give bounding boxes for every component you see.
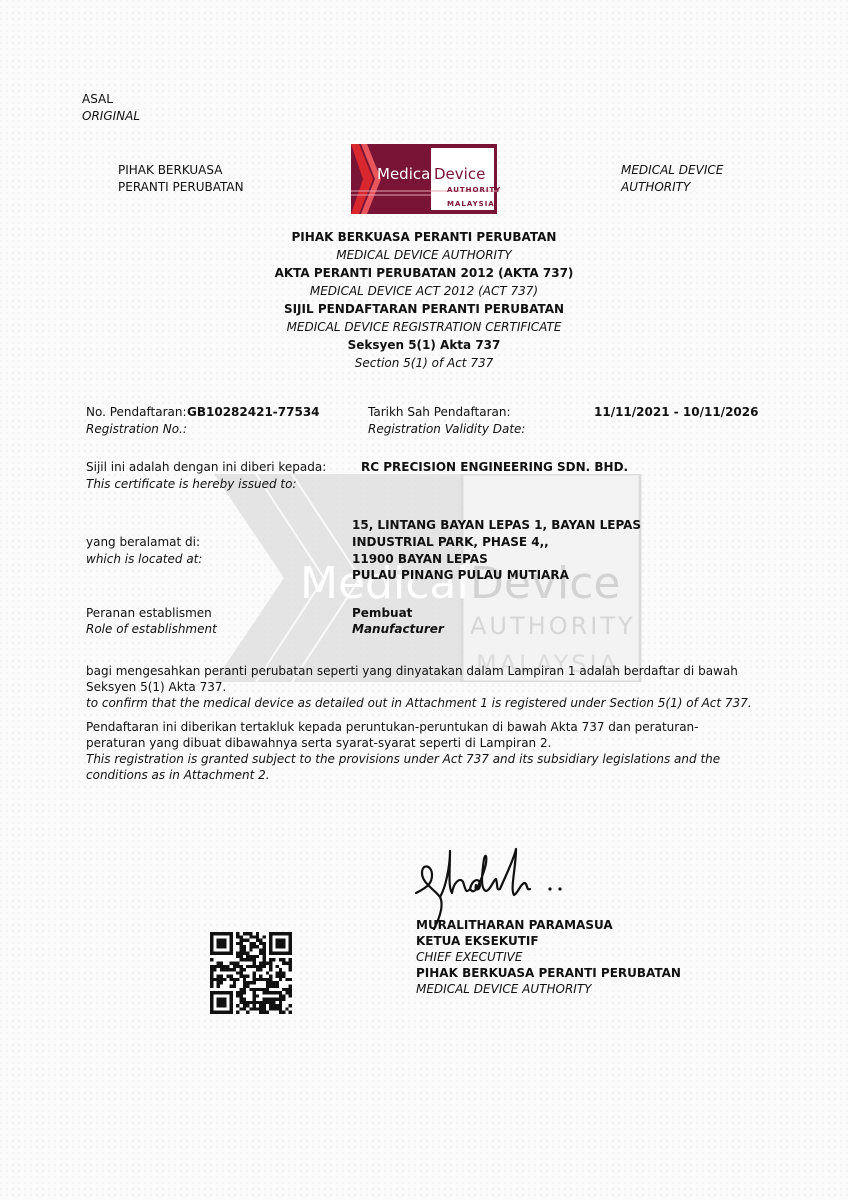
- authority-en-line2: AUTHORITY: [621, 179, 690, 196]
- validity-label-ms: Tarikh Sah Pendaftaran:: [368, 404, 511, 421]
- role-value-en: Manufacturer: [352, 621, 444, 638]
- logo-sub-malaysia: MALAYSIA: [447, 200, 495, 208]
- address-line-1: 15, LINTANG BAYAN LEPAS 1, BAYAN LEPAS: [352, 517, 641, 534]
- title-act-ms: AKTA PERANTI PERUBATAN 2012 (AKTA 737): [0, 264, 848, 282]
- registration-no-label-en: Registration No.:: [86, 421, 187, 438]
- title-certificate-ms: SIJIL PENDAFTARAN PERANTI PERUBATAN: [0, 300, 848, 318]
- title-authority-ms: PIHAK BERKUASA PERANTI PERUBATAN: [0, 228, 848, 246]
- validity-value: 11/11/2021 - 10/11/2026: [594, 404, 758, 421]
- certificate-title-block: PIHAK BERKUASA PERANTI PERUBATAN MEDICAL…: [0, 228, 848, 372]
- role-value-ms: Pembuat: [352, 605, 412, 622]
- title-section-en: Section 5(1) of Act 737: [0, 354, 848, 372]
- qr-code: [210, 932, 292, 1014]
- paragraph-2-en-line2: conditions as in Attachment 2.: [86, 767, 270, 784]
- paragraph-1-ms-line2: Seksyen 5(1) Akta 737.: [86, 679, 226, 696]
- paragraph-1-ms-line1: bagi mengesahkan peranti perubatan seper…: [86, 663, 738, 680]
- authority-en-line1: MEDICAL DEVICE: [621, 162, 723, 179]
- signatory-org-en: MEDICAL DEVICE AUTHORITY: [416, 981, 591, 998]
- signatory-org-ms: PIHAK BERKUASA PERANTI PERUBATAN: [416, 965, 681, 982]
- role-label-ms: Peranan establismen: [86, 605, 212, 622]
- signatory-name: MURALITHARAN PARAMASUA: [416, 917, 613, 934]
- paragraph-1-en: to confirm that the medical device as de…: [86, 695, 752, 712]
- role-label-en: Role of establishment: [86, 621, 217, 638]
- address-line-3: 11900 BAYAN LEPAS: [352, 551, 488, 568]
- registration-no-value: GB10282421-77534: [187, 404, 320, 421]
- title-authority-en: MEDICAL DEVICE AUTHORITY: [0, 246, 848, 264]
- address-line-4: PULAU PINANG PULAU MUTIARA: [352, 567, 569, 584]
- paragraph-2-en-line1: This registration is granted subject to …: [86, 751, 720, 768]
- title-section-ms: Seksyen 5(1) Akta 737: [0, 336, 848, 354]
- registration-no-label-ms: No. Pendaftaran:: [86, 404, 187, 421]
- signatory-title-ms: KETUA EKSEKUTIF: [416, 933, 539, 950]
- authority-ms-line2: PERANTI PERUBATAN: [118, 179, 244, 196]
- signatory-title-en: CHIEF EXECUTIVE: [416, 949, 522, 966]
- title-act-en: MEDICAL DEVICE ACT 2012 (ACT 737): [0, 282, 848, 300]
- issued-to-label-ms: Sijil ini adalah dengan ini diberi kepad…: [86, 459, 326, 476]
- title-certificate-en: MEDICAL DEVICE REGISTRATION CERTIFICATE: [0, 318, 848, 336]
- issued-to-company: RC PRECISION ENGINEERING SDN. BHD.: [361, 459, 628, 476]
- watermark-sub-authority: AUTHORITY: [470, 612, 636, 640]
- paragraph-2-ms-line1: Pendaftaran ini diberikan tertakluk kepa…: [86, 719, 699, 736]
- address-label-ms: yang beralamat di:: [86, 534, 200, 551]
- validity-label-en: Registration Validity Date:: [368, 421, 525, 438]
- copy-type-ms: ASAL: [82, 91, 113, 108]
- issued-to-label-en: This certificate is hereby issued to:: [86, 476, 296, 493]
- logo-sub-authority: AUTHORITY: [447, 186, 501, 194]
- copy-type-en: ORIGINAL: [82, 108, 140, 125]
- logo-word-medical: Medical: [377, 165, 434, 183]
- mda-logo: Medical Device AUTHORITY MALAYSIA: [351, 144, 497, 214]
- authority-ms-line1: PIHAK BERKUASA: [118, 162, 222, 179]
- address-line-2: INDUSTRIAL PARK, PHASE 4,,: [352, 534, 549, 551]
- address-label-en: which is located at:: [86, 551, 202, 568]
- logo-word-device: Device: [434, 165, 485, 183]
- paragraph-2-ms-line2: peraturan yang dibuat dibawahnya serta s…: [86, 735, 551, 752]
